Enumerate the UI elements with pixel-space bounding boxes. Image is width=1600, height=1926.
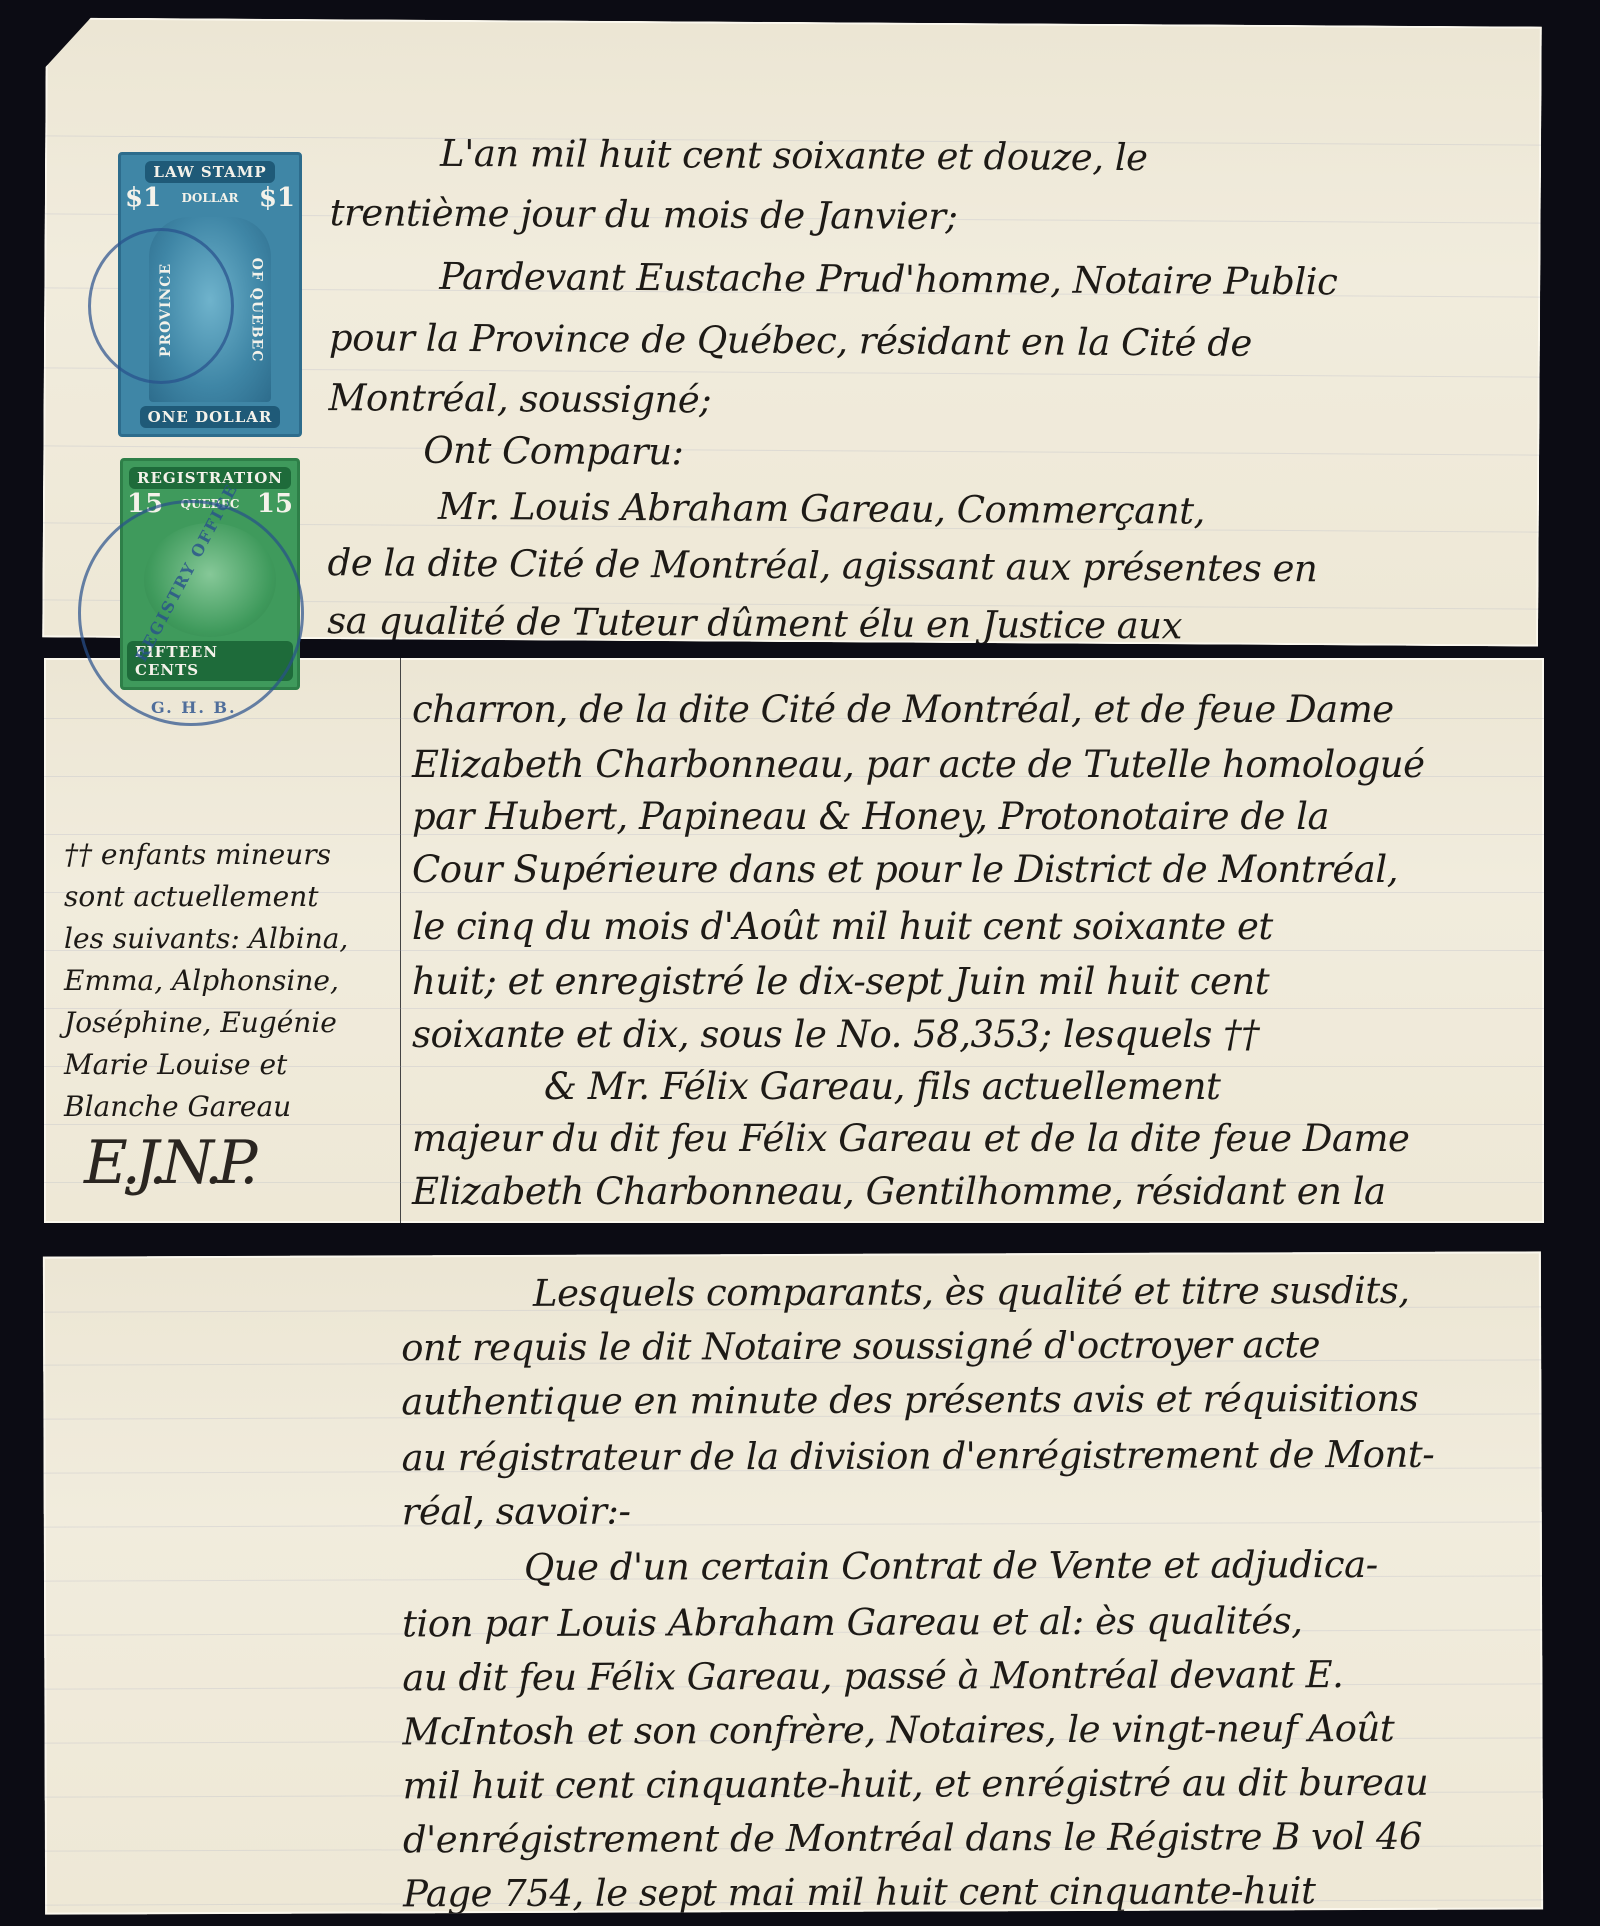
text-line: sa qualité de Tuteur dûment élu en Justi… (327, 602, 1182, 644)
text-line: le cinq du mois d'Août mil huit cent soi… (412, 908, 1273, 945)
text-line: Lesquels comparants, ès qualité et titre… (533, 1272, 1410, 1312)
text-line: Pardevant Eustache Prud'homme, Notaire P… (439, 258, 1337, 300)
text-line: ont requis le dit Notaire soussigné d'oc… (401, 1326, 1320, 1366)
margin-note-line: les suivants: Albina, (64, 922, 348, 955)
text-line: par Hubert, Papineau & Honey, Protonotai… (412, 798, 1329, 835)
text-line: Cour Supérieure dans et pour le District… (412, 851, 1398, 888)
text-line: tion par Louis Abraham Gareau et al: ès … (402, 1602, 1302, 1642)
text-line: Mr. Louis Abraham Gareau, Commerçant, (438, 488, 1205, 530)
text-line: au régistrateur de la division d'enrégis… (401, 1436, 1434, 1477)
margin-note-line: †† enfants mineurs (64, 838, 331, 871)
text-line: McIntosh et son confrère, Notaires, le v… (402, 1710, 1394, 1750)
text-line: de la dite Cité de Montréal, agissant au… (327, 544, 1317, 587)
margin-note-line: sont actuellement (64, 880, 319, 913)
text-line: d'enrégistrement de Montréal dans le Rég… (403, 1818, 1422, 1859)
margin-note-line: Marie Louise et (64, 1048, 287, 1081)
postmark-text: REGISTRY OFFICE (131, 480, 241, 665)
heading-ont-comparu: Ont Comparu: (423, 432, 683, 471)
text-line: charron, de la dite Cité de Montréal, et… (412, 691, 1394, 728)
text-line: soixante et dix, sous le No. 58,353; les… (412, 1016, 1259, 1053)
text-line: & Mr. Félix Gareau, fils actuellement (544, 1068, 1220, 1105)
sheet-3: Lesquels comparants, ès qualité et titre… (43, 1251, 1543, 1914)
law-stamp-top-label: LAW STAMP (145, 161, 274, 183)
text-line: huit; et enregistré le dix-sept Juin mil… (412, 963, 1269, 1000)
text-line: mil huit cent cinquante-huit, et enrégis… (403, 1764, 1429, 1805)
margin-note-line: Joséphine, Eugénie (64, 1006, 337, 1039)
text-line: pour la Province de Québec, résidant en … (329, 319, 1252, 362)
text-line: réal, savoir:- (402, 1493, 631, 1531)
registry-postmark-upper (88, 228, 234, 384)
sheet-2: charron, de la dite Cité de Montréal, et… (44, 658, 1544, 1223)
reg-stamp-top-label: REGISTRATION (129, 467, 291, 489)
text-line: au dit feu Félix Gareau, passé à Montréa… (402, 1656, 1343, 1696)
text-line: Page 754, le sept mai mil huit cent cinq… (403, 1872, 1315, 1912)
law-stamp-value-right: $1 (259, 183, 295, 213)
law-stamp-denomination: DOLLAR (181, 191, 238, 205)
registry-postmark-lower: REGISTRY OFFICE G. H. B. (78, 500, 304, 726)
text-line: L'an mil huit cent soixante et douze, le (440, 135, 1148, 176)
text-line: Montréal, soussigné; (328, 379, 711, 418)
text-line: authentique en minute des présents avis … (401, 1380, 1418, 1421)
text-line: trentième jour du mois de Janvier; (330, 194, 958, 235)
text-line: Que d'un certain Contrat de Vente et adj… (524, 1546, 1378, 1586)
law-stamp-right-side: OF QUEBEC (249, 257, 265, 362)
margin-note-line: Blanche Gareau (64, 1090, 291, 1123)
text-line: Elizabeth Charbonneau, par acte de Tutel… (412, 746, 1425, 783)
postmark-initials: G. H. B. (151, 698, 237, 717)
notary-initials: E.J.N.P. (84, 1128, 252, 1198)
law-stamp-bottom-label: ONE DOLLAR (140, 406, 281, 428)
margin-note-line: Emma, Alphonsine, (64, 964, 339, 997)
text-line: Elizabeth Charbonneau, Gentilhomme, rési… (412, 1173, 1386, 1210)
reg-stamp-value-right: 15 (257, 489, 293, 519)
margin-line (400, 658, 401, 1223)
text-line: majeur du dit feu Félix Gareau et de la … (412, 1120, 1409, 1157)
law-stamp-value-left: $1 (125, 183, 161, 213)
